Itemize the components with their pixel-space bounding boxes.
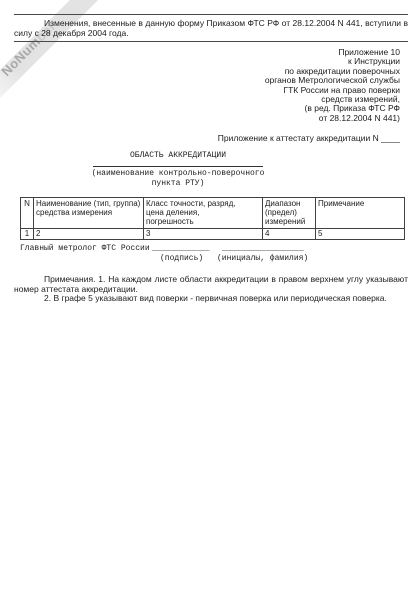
top-rule xyxy=(14,14,408,15)
document-content: Изменения, внесенные в данную форму Прик… xyxy=(0,0,420,600)
signature-role: Главный метролог ФТС России xyxy=(20,244,150,253)
signature-label: (подпись) xyxy=(160,254,203,263)
notice-bottom-rule xyxy=(14,41,408,42)
table-colnum-1: 1 xyxy=(21,228,34,239)
table-header-row: N Наименование (тип, группа) средства из… xyxy=(21,198,405,229)
table-colnum-5: 5 xyxy=(316,228,405,239)
subtitle-line-2: пункта РТУ) xyxy=(20,179,336,189)
amendment-notice: Изменения, внесенные в данную форму Прик… xyxy=(14,18,408,38)
signature-labels-row: (подпись) (инициалы, фамилия) xyxy=(0,254,420,264)
table-header-name: Наименование (тип, группа) средства изме… xyxy=(34,198,144,229)
table-header-n: N xyxy=(21,198,34,229)
table-header-note: Примечание xyxy=(316,198,405,229)
table-header-range: Диапазон (предел) измерений xyxy=(263,198,316,229)
table-column-numbers-row: 1 2 3 4 5 xyxy=(21,228,405,239)
table-header-class: Класс точности, разряд, цена деления, по… xyxy=(144,198,263,229)
table-colnum-3: 3 xyxy=(144,228,263,239)
note-2: 2. В графе 5 указывают вид поверки - пер… xyxy=(14,294,408,304)
subtitle-line-1: (наименование контрольно-поверочного xyxy=(20,169,336,179)
org-name-blank-line xyxy=(93,166,263,167)
appendix-line: от 28.12.2004 N 441) xyxy=(265,114,400,123)
table-colnum-4: 4 xyxy=(263,228,316,239)
appendix-heading-block: Приложение 10 к Инструкции по аккредитац… xyxy=(265,48,400,123)
page-subtitle: (наименование контрольно-поверочного пун… xyxy=(20,169,336,188)
table-colnum-2: 2 xyxy=(34,228,144,239)
notes-section: Примечания. 1. На каждом листе области а… xyxy=(14,275,408,304)
page-title: ОБЛАСТЬ АККРЕДИТАЦИИ xyxy=(20,151,336,160)
document-page: NoNumber Изменения, внесенные в данную ф… xyxy=(0,0,420,600)
initials-label: (инициалы, фамилия) xyxy=(217,254,308,263)
signature-row: Главный метролог ФТС России ____________… xyxy=(0,244,420,254)
attestation-reference: Приложение к аттестату аккредитации N __… xyxy=(218,133,400,143)
accreditation-table: N Наименование (тип, группа) средства из… xyxy=(20,197,405,240)
note-1: Примечания. 1. На каждом листе области а… xyxy=(14,275,408,294)
name-blank-line: _________________ xyxy=(222,244,304,253)
signature-blank-line: ____________ xyxy=(152,244,210,253)
